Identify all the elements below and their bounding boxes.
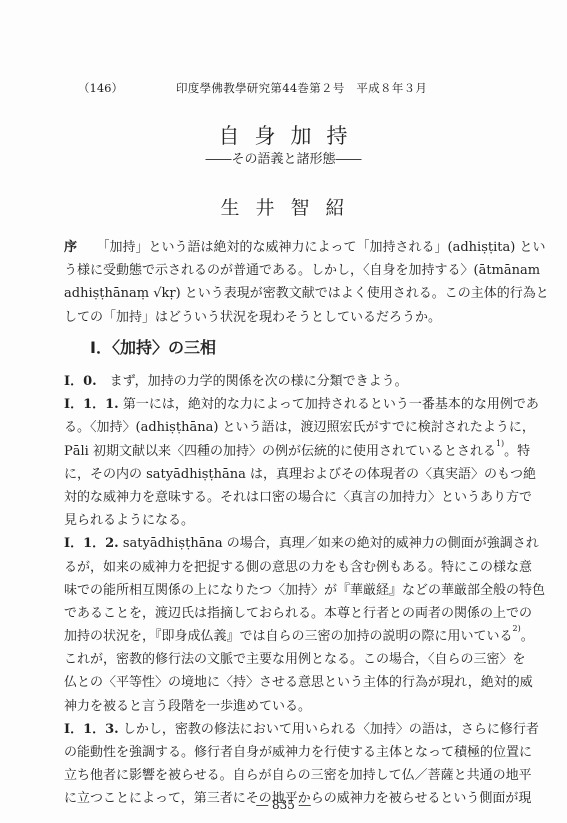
paper-subtitle: ――その語義と諸形態――: [0, 148, 567, 167]
paragraph-1-0: I．0. まず，加持の力学的関係を次の様に分類できよう。: [64, 370, 510, 393]
journal-header: 印度學佛教學研究第44巻第２号 平成８年３月: [176, 80, 427, 96]
main-body: I．0. まず，加持の力学的関係を次の様に分類できよう。 I．1．1. 第一には…: [64, 370, 510, 811]
section-heading: I．〈加持〉の三相: [90, 335, 216, 358]
intro-paragraph: 序 「加持」という語は絶対的な威神力によって「加持される」(adhiṣṭita)…: [64, 236, 510, 329]
author-name: 生井智紹: [0, 193, 567, 220]
intro-label: 序: [64, 240, 77, 255]
footnote-ref[interactable]: 2): [513, 624, 521, 633]
paper-title: 自身加持: [0, 120, 567, 150]
paragraph-1-1-2: I．1．2. satyādhiṣṭhāna の場合，真理／如来の絶対的威神力の側…: [64, 532, 510, 555]
page-footer-number: ― 835 ―: [0, 798, 567, 812]
footnote-ref[interactable]: 1): [496, 439, 504, 448]
paragraph-1-1-1: I．1．1. 第一には，絶対的な力によって加持されるという一番基本的な用例であ: [64, 393, 510, 416]
paragraph-1-1-3: I．1．3. しかし，密教の修法において用いられる〈加持〉の語は，さらに修行者: [64, 718, 510, 741]
page-number: （146）: [78, 80, 123, 96]
